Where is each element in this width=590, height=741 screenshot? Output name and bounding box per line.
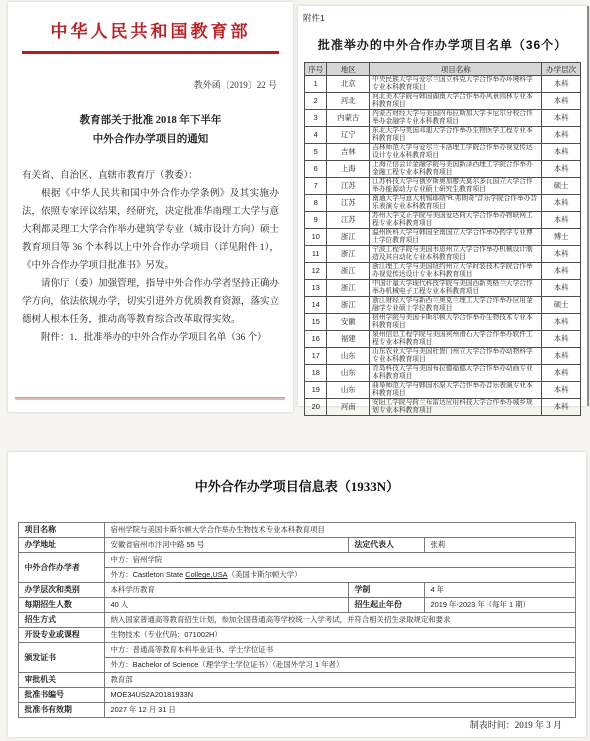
field-value-level: 本科学历教育 bbox=[105, 583, 349, 598]
attachment-label: 附件1 bbox=[298, 6, 587, 24]
column-header-level: 办学层次 bbox=[542, 63, 581, 76]
table-row: 9江苏苏州大学文正学院与美国爱达荷大学合作举办物联网工程专业本科教育项目本科 bbox=[305, 212, 581, 229]
cell-region: 山东 bbox=[327, 365, 370, 382]
letterhead-red-rule bbox=[22, 51, 279, 54]
letter-attachment-note: 附件：1．批准举办的中外合作办学项目名单（36 个） bbox=[22, 329, 279, 347]
table-row: 12浙江浙江理工大学与美国纽约州立大学时装技术学院合作举办视觉传达设计专业本科教… bbox=[305, 263, 581, 280]
cell-no: 2 bbox=[305, 93, 327, 110]
form-row-cert-chinese: 颁发证书 中方：普通高等教育本科毕业证书、学士学位证书 bbox=[19, 643, 575, 658]
column-header-project: 项目名称 bbox=[370, 63, 542, 76]
field-value-authority: 教育部 bbox=[105, 673, 575, 688]
field-label-authority: 审批机关 bbox=[19, 673, 105, 688]
table-row: 1北京中央民族大学与爱尔兰国立科克大学合作举办环境科学专业本科教育项目本科 bbox=[305, 76, 581, 93]
cell-no: 12 bbox=[305, 263, 327, 280]
cell-project: 吉林师范大学与爱尔兰卡洛理工学院合作举办视觉传达设计专业本科教育项目 bbox=[370, 144, 542, 161]
cell-project: 南通大学与意大利锡耶纳“R.弗朗奇”音乐学院合作举办音乐表演专业本科教育项目 bbox=[370, 195, 542, 212]
page-bottom-rule bbox=[15, 397, 285, 400]
cell-level: 本科 bbox=[542, 331, 581, 348]
cell-no: 11 bbox=[305, 246, 327, 263]
cell-region: 内蒙古 bbox=[327, 110, 370, 127]
cell-project: 苏州大学文正学院与美国爱达荷大学合作举办物联网工程专业本科教育项目 bbox=[370, 212, 542, 229]
field-label-partners: 中外合作办学者 bbox=[19, 553, 105, 583]
field-label-admission: 招生方式 bbox=[19, 613, 105, 628]
letter-salutation: 有关省、自治区、直辖市教育厅（教委）： bbox=[22, 167, 279, 185]
cell-level: 本科 bbox=[542, 161, 581, 178]
field-value-address: 安徽省宿州市汴河中路 55 号 bbox=[105, 538, 349, 553]
cell-region: 上海 bbox=[327, 161, 370, 178]
cell-project: 安阳工学院与荷兰布雷达应用科技大学合作举办城乡规划专业本科教育项目 bbox=[370, 399, 542, 416]
cell-project: 温州医科大学与韩国全南国立大学合作举办药学专业博士学位教育项目 bbox=[370, 229, 542, 246]
cell-project: 宁波工程学院与美国韦恩州立大学合作举办机械设计制造及其自动化专业本科教育项目 bbox=[370, 246, 542, 263]
cell-no: 1 bbox=[305, 76, 327, 93]
ministry-letterhead: 中华人民共和国教育部 bbox=[8, 17, 293, 42]
cell-project: 中央民族大学与爱尔兰国立科克大学合作举办环境科学专业本科教育项目 bbox=[370, 76, 542, 93]
cell-region: 河南 bbox=[327, 399, 370, 416]
cell-project: 浙江理工大学与美国纽约州立大学时装技术学院合作举办视觉传达设计专业本科教育项目 bbox=[370, 263, 542, 280]
cell-no: 15 bbox=[305, 314, 327, 331]
column-header-no: 序号 bbox=[305, 63, 327, 76]
document-number: 教外函〔2019〕22 号 bbox=[8, 78, 293, 91]
cell-region: 辽宁 bbox=[327, 127, 370, 144]
form-row-project-name: 项目名称 宿州学院与美国卡斯尔顿大学合作举办生物技术专业本科教育项目 bbox=[19, 523, 575, 538]
cell-region: 河北 bbox=[327, 93, 370, 110]
form-row-authority: 审批机关 教育部 bbox=[19, 673, 575, 688]
letter-title: 教育部关于批准 2018 年下半年 中外合作办学项目的通知 bbox=[8, 111, 293, 149]
cell-level: 本科 bbox=[542, 280, 581, 297]
form-title: 中外合作办学项目信息表（1933N） bbox=[8, 476, 586, 495]
field-value-approval-no: MOE34US2A20181933N bbox=[105, 688, 575, 703]
cell-no: 3 bbox=[305, 110, 327, 127]
attachment-title: 批准举办的中外合作办学项目名单（36个） bbox=[298, 36, 587, 53]
cell-project: 江苏科技大学与俄罗斯奥加廖夫莫尔多瓦国立大学合作举办能源动力专业硕士研究生教育项… bbox=[370, 178, 542, 195]
table-row: 17山东山东农业大学与美国杜鲁门州立大学合作举办动物科学专业本科教育项目本科 bbox=[305, 348, 581, 365]
field-label-major: 开设专业或课程 bbox=[19, 628, 105, 643]
cell-level: 博士 bbox=[542, 229, 581, 246]
cell-region: 北京 bbox=[327, 76, 370, 93]
table-row: 5吉林吉林师范大学与爱尔兰卡洛理工学院合作举办视觉传达设计专业本科教育项目本科 bbox=[305, 144, 581, 161]
cell-region: 浙江 bbox=[327, 280, 370, 297]
cell-project: 内蒙古财经大学与美国内布拉斯加大学卡尼尔分校合作举办金融学专业本科教育项目 bbox=[370, 110, 542, 127]
cell-level: 硕士 bbox=[542, 178, 581, 195]
cell-level: 本科 bbox=[542, 348, 581, 365]
cell-level: 本科 bbox=[542, 382, 581, 399]
field-value-cert-chinese: 中方：普通高等教育本科毕业证书、学士学位证书 bbox=[105, 643, 575, 658]
field-label-level: 办学层次和类别 bbox=[19, 583, 105, 598]
field-label-approval-no: 批准书编号 bbox=[19, 688, 105, 703]
field-value-validity: 2027 年 12 月 31 日 bbox=[105, 703, 575, 718]
table-row: 10浙江温州医科大学与韩国全南国立大学合作举办药学专业博士学位教育项目博士 bbox=[305, 229, 581, 246]
cell-level: 本科 bbox=[542, 399, 581, 416]
attachment-table-body: 1北京中央民族大学与爱尔兰国立科克大学合作举办环境科学专业本科教育项目本科2河北… bbox=[305, 76, 581, 416]
field-value-partner-foreign: 外方：Castleton State College,USA（美国卡斯尔顿大学） bbox=[105, 568, 575, 583]
form-row-enrollment: 每期招生人数 40 人 招生起止年份 2019 年-2023 年（每年 1 期） bbox=[19, 598, 575, 613]
info-form-page: 中外合作办学项目信息表（1933N） 项目名称 宿州学院与美国卡斯尔顿大学合作举… bbox=[8, 452, 586, 737]
cell-level: 硕士 bbox=[542, 297, 581, 314]
table-row: 15安徽宿州学院与美国卡斯尔顿大学合作举办生物技术专业本科教育项目本科 bbox=[305, 314, 581, 331]
table-row: 19山东曲阜师范大学与韩国水原大学合作举办音乐表演专业本科教育项目本科 bbox=[305, 382, 581, 399]
cell-level: 本科 bbox=[542, 127, 581, 144]
cell-project: 河北美术学院与韩国湖南大学合作举办风景园林专业本科教育项目 bbox=[370, 93, 542, 110]
cell-no: 9 bbox=[305, 212, 327, 229]
cell-no: 4 bbox=[305, 127, 327, 144]
field-value-years: 2019 年-2023 年（每年 1 期） bbox=[425, 598, 575, 613]
cell-no: 10 bbox=[305, 229, 327, 246]
field-value-admission: 纳入国家普通高等教育招生计划，参加全国普通高等学校统一入学考试，并符合相关招生录… bbox=[105, 613, 575, 628]
field-label-address: 办学地址 bbox=[19, 538, 105, 553]
form-row-validity: 批准书有效期 2027 年 12 月 31 日 bbox=[19, 703, 575, 718]
approved-projects-table: 序号 地区 项目名称 办学层次 1北京中央民族大学与爱尔兰国立科克大学合作举办环… bbox=[304, 62, 581, 416]
table-row: 18山东青岛科技大学与美国布拉德福德大学合作举办动画专业本科教育项目本科 bbox=[305, 365, 581, 382]
field-label-certificates: 颁发证书 bbox=[19, 643, 105, 673]
field-value-partner-chinese: 中方：宿州学院 bbox=[105, 553, 575, 568]
cell-no: 6 bbox=[305, 161, 327, 178]
cell-no: 17 bbox=[305, 348, 327, 365]
cell-project: 中国计量大学现代科技学院与美国西新英格兰大学合作举办机械电子工程专业本科教育项目 bbox=[370, 280, 542, 297]
field-label-legal-rep: 法定代表人 bbox=[349, 538, 425, 553]
cell-no: 7 bbox=[305, 178, 327, 195]
letter-paragraph-2: 请你厅（委）加强管理，指导中外合作办学者坚持正确办学方向，依法依规办学，切实引进… bbox=[22, 275, 279, 329]
table-row: 16福建泉州信息工程学院与美国宾州滑石大学合作举办软件工程专业本科教育项目本科 bbox=[305, 331, 581, 348]
form-row-partners-chinese: 中外合作办学者 中方：宿州学院 bbox=[19, 553, 575, 568]
table-row: 3内蒙古内蒙古财经大学与美国内布拉斯加大学卡尼尔分校合作举办金融学专业本科教育项… bbox=[305, 110, 581, 127]
cell-project: 东北大学与英国邓迪大学合作举办生物医学工程专业本科教育项目 bbox=[370, 127, 542, 144]
cell-level: 本科 bbox=[542, 246, 581, 263]
cell-no: 5 bbox=[305, 144, 327, 161]
form-row-admission: 招生方式 纳入国家普通高等教育招生计划，参加全国普通高等学校统一入学考试，并符合… bbox=[19, 613, 575, 628]
cell-level: 本科 bbox=[542, 263, 581, 280]
form-row-level: 办学层次和类别 本科学历教育 学制 4 年 bbox=[19, 583, 575, 598]
cell-level: 本科 bbox=[542, 212, 581, 229]
field-label-validity: 批准书有效期 bbox=[19, 703, 105, 718]
table-row: 7江苏江苏科技大学与俄罗斯奥加廖夫莫尔多瓦国立大学合作举办能源动力专业硕士研究生… bbox=[305, 178, 581, 195]
field-value-project-name: 宿州学院与美国卡斯尔顿大学合作举办生物技术专业本科教育项目 bbox=[105, 523, 575, 538]
field-value-enrollment: 40 人 bbox=[105, 598, 349, 613]
field-value-major: 生物技术（专业代码：071002H） bbox=[105, 628, 575, 643]
cell-project: 上海立信会计金融学院与美国新泽西理工学院合作举办金融工程专业本科教育项目 bbox=[370, 161, 542, 178]
field-label-project-name: 项目名称 bbox=[19, 523, 105, 538]
cell-region: 江苏 bbox=[327, 212, 370, 229]
form-row-address: 办学地址 安徽省宿州市汴河中路 55 号 法定代表人 张莉 bbox=[19, 538, 575, 553]
cell-region: 江苏 bbox=[327, 195, 370, 212]
cell-no: 19 bbox=[305, 382, 327, 399]
table-row: 14浙江浙江财经大学与新西兰奥克兰理工大学合作举办应用金融学专业硕士学位教育项目… bbox=[305, 297, 581, 314]
foreign-partner-suffix: （美国卡斯尔顿大学） bbox=[228, 570, 302, 579]
cell-region: 吉林 bbox=[327, 144, 370, 161]
table-row: 13浙江中国计量大学现代科技学院与美国西新英格兰大学合作举办机械电子工程专业本科… bbox=[305, 280, 581, 297]
cell-no: 16 bbox=[305, 331, 327, 348]
cell-region: 浙江 bbox=[327, 263, 370, 280]
cell-project: 曲阜师范大学与韩国水原大学合作举办音乐表演专业本科教育项目 bbox=[370, 382, 542, 399]
cell-project: 浙江财经大学与新西兰奥克兰理工大学合作举办应用金融学专业硕士学位教育项目 bbox=[370, 297, 542, 314]
info-form-table: 项目名称 宿州学院与美国卡斯尔顿大学合作举办生物技术专业本科教育项目 办学地址 … bbox=[18, 522, 575, 718]
cell-level: 本科 bbox=[542, 110, 581, 127]
cell-region: 福建 bbox=[327, 331, 370, 348]
cell-level: 本科 bbox=[542, 314, 581, 331]
cell-region: 江苏 bbox=[327, 178, 370, 195]
cell-no: 13 bbox=[305, 280, 327, 297]
cell-level: 本科 bbox=[542, 93, 581, 110]
attachment-page: 附件1 批准举办的中外合作办学项目名单（36个） 序号 地区 项目名称 办学层次… bbox=[298, 6, 589, 406]
cell-region: 浙江 bbox=[327, 229, 370, 246]
form-footer-date: 制表时间：2019 年 3 月 bbox=[470, 718, 562, 731]
cell-level: 本科 bbox=[542, 365, 581, 382]
cell-project: 宿州学院与美国卡斯尔顿大学合作举办生物技术专业本科教育项目 bbox=[370, 314, 542, 331]
column-header-region: 地区 bbox=[327, 63, 370, 76]
cell-no: 20 bbox=[305, 399, 327, 416]
letter-title-line2: 中外合作办学项目的通知 bbox=[8, 130, 293, 149]
foreign-partner-link[interactable]: College,USA bbox=[185, 570, 227, 579]
table-row: 20河南安阳工学院与荷兰布雷达应用科技大学合作举办城乡规划专业本科教育项目本科 bbox=[305, 399, 581, 416]
cell-region: 山东 bbox=[327, 382, 370, 399]
cell-level: 本科 bbox=[542, 76, 581, 93]
cell-no: 8 bbox=[305, 195, 327, 212]
cell-level: 本科 bbox=[542, 195, 581, 212]
cell-no: 18 bbox=[305, 365, 327, 382]
table-row: 8江苏南通大学与意大利锡耶纳“R.弗朗奇”音乐学院合作举办音乐表演专业本科教育项… bbox=[305, 195, 581, 212]
field-value-legal-rep: 张莉 bbox=[425, 538, 575, 553]
form-row-approval-no: 批准书编号 MOE34US2A20181933N bbox=[19, 688, 575, 703]
table-row: 11浙江宁波工程学院与美国韦恩州立大学合作举办机械设计制造及其自动化专业本科教育… bbox=[305, 246, 581, 263]
cell-region: 浙江 bbox=[327, 297, 370, 314]
cell-region: 山东 bbox=[327, 348, 370, 365]
table-row: 2河北河北美术学院与韩国湖南大学合作举办风景园林专业本科教育项目本科 bbox=[305, 93, 581, 110]
cell-level: 本科 bbox=[542, 144, 581, 161]
table-row: 4辽宁东北大学与英国邓迪大学合作举办生物医学工程专业本科教育项目本科 bbox=[305, 127, 581, 144]
letter-title-line1: 教育部关于批准 2018 年下半年 bbox=[8, 111, 293, 130]
field-value-duration: 4 年 bbox=[425, 583, 575, 598]
cell-project: 泉州信息工程学院与美国宾州滑石大学合作举办软件工程专业本科教育项目 bbox=[370, 331, 542, 348]
field-label-enrollment: 每期招生人数 bbox=[19, 598, 105, 613]
cell-no: 14 bbox=[305, 297, 327, 314]
letter-page: 中华人民共和国教育部 教外函〔2019〕22 号 教育部关于批准 2018 年下… bbox=[8, 2, 293, 412]
field-value-cert-foreign: 外方：Bachelor of Science（理学学士学位证书）（赴国外学习 1… bbox=[105, 658, 575, 673]
foreign-partner-prefix: 外方：Castleton State bbox=[110, 570, 185, 579]
letter-body: 有关省、自治区、直辖市教育厅（教委）： 根据《中华人民共和国中外合作办学条例》及… bbox=[22, 167, 279, 347]
letter-paragraph-1: 根据《中华人民共和国中外合作办学条例》及其实施办法，依照专家评议结果，经研究，决… bbox=[22, 185, 279, 275]
cell-region: 安徽 bbox=[327, 314, 370, 331]
cell-project: 青岛科技大学与美国布拉德福德大学合作举办动画专业本科教育项目 bbox=[370, 365, 542, 382]
table-row: 6上海上海立信会计金融学院与美国新泽西理工学院合作举办金融工程专业本科教育项目本… bbox=[305, 161, 581, 178]
table-header-row: 序号 地区 项目名称 办学层次 bbox=[305, 63, 581, 76]
field-label-duration: 学制 bbox=[349, 583, 425, 598]
cell-project: 山东农业大学与美国杜鲁门州立大学合作举办动物科学专业本科教育项目 bbox=[370, 348, 542, 365]
form-row-major: 开设专业或课程 生物技术（专业代码：071002H） bbox=[19, 628, 575, 643]
field-label-years: 招生起止年份 bbox=[349, 598, 425, 613]
cell-region: 浙江 bbox=[327, 246, 370, 263]
